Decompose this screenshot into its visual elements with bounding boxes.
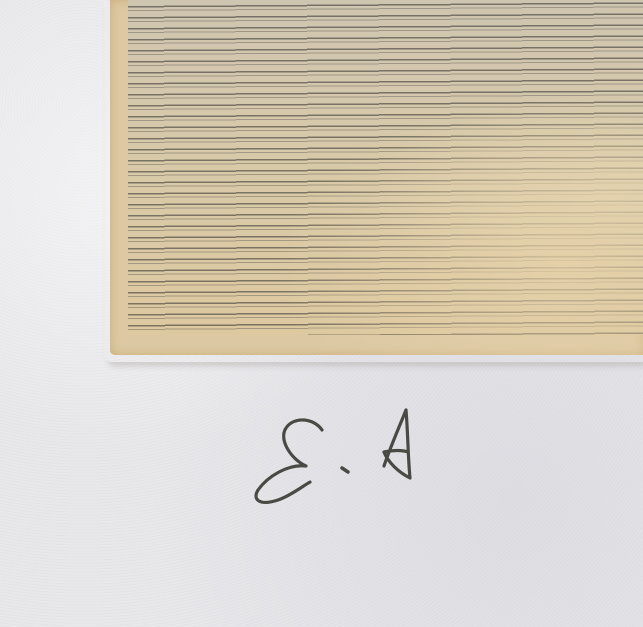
handwritten-ea-glyph (248, 400, 418, 515)
etching-plate (110, 0, 643, 355)
plate-tone-wash (110, 0, 643, 355)
pencil-annotation: E.A (248, 400, 418, 515)
